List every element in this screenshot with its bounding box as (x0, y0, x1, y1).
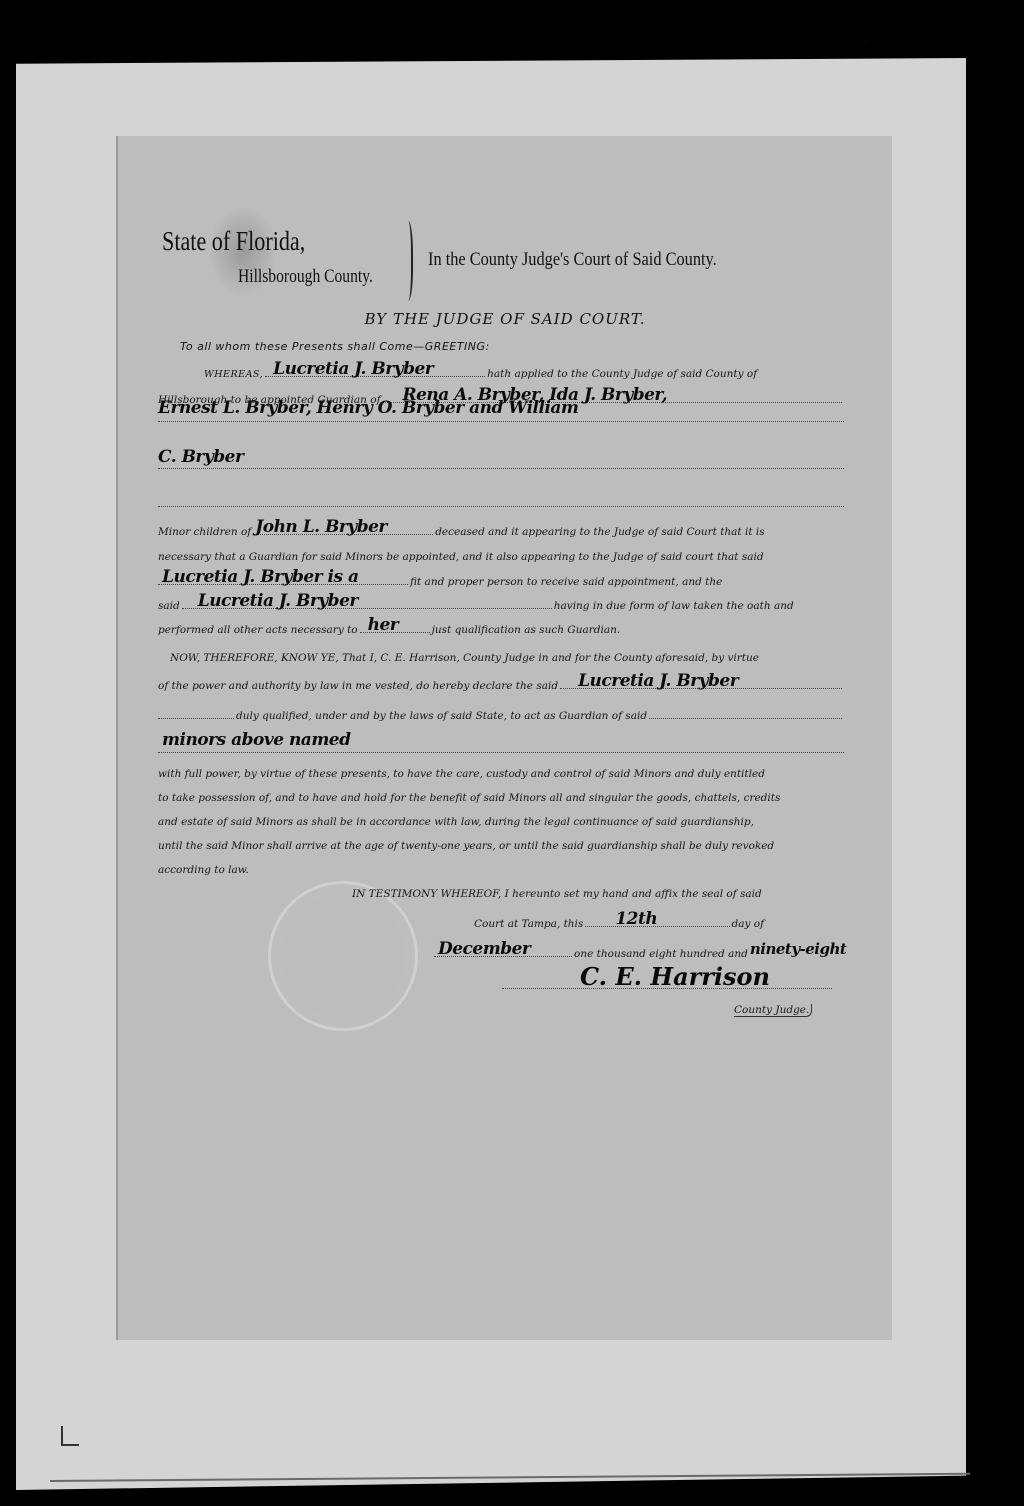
corner-mark (61, 1426, 79, 1446)
body-line-5: according to law. (158, 864, 844, 876)
guardianship-letter: State of Florida, Hillsborough County. I… (116, 136, 892, 1340)
minor-tail: deceased and it appearing to the Judge o… (435, 526, 764, 538)
header-state: State of Florida, (162, 226, 305, 257)
whereas-tail: hath applied to the County Judge of said… (487, 368, 757, 380)
header-court: In the County Judge's Court of Said Coun… (428, 249, 717, 271)
dotted-rule (158, 506, 844, 507)
said-line: said Lucretia J. Bryber having in due fo… (158, 594, 844, 612)
handwritten-month: December (438, 939, 530, 959)
minor-children-line: Minor children of John L. Bryber decease… (158, 520, 844, 538)
handwritten-day: 12th (615, 909, 657, 929)
dotted-rule (158, 468, 844, 469)
minor-lead: Minor children of (158, 526, 251, 538)
year-text: one thousand eight hundred and (574, 948, 748, 960)
judge-signature: C. E. Harrison (580, 962, 770, 991)
brace-icon (401, 221, 413, 301)
power-lead: of the power and authority by law in me … (158, 680, 558, 692)
whereas-line: WHEREAS, Lucretia J. Bryber hath applied… (158, 362, 844, 380)
power-line: of the power and authority by law in me … (158, 674, 844, 692)
handwritten-applicant: Lucretia J. Bryber (273, 359, 433, 379)
court-at-tampa-line: Court at Tampa, this 12th day of (474, 912, 764, 930)
greeting: To all whom these Presents shall Come—GR… (180, 340, 490, 353)
handwritten-year: ninety-eight (750, 940, 847, 958)
day-tail: day of (732, 918, 764, 930)
performed-lead: performed all other acts necessary to (158, 624, 358, 636)
handwritten-deceased: John L. Bryber (255, 517, 387, 537)
handwritten-said: Lucretia J. Bryber (198, 591, 358, 611)
qualified-line: duly qualified, under and by the laws of… (158, 704, 844, 722)
fit-tail: fit and proper person to receive said ap… (410, 576, 722, 588)
by-judge-heading: BY THE JUDGE OF SAID COURT. (118, 310, 892, 328)
dust-specks: ·˙ (860, 40, 868, 51)
testimony-line: IN TESTIMONY WHEREOF, I hereunto set my … (352, 888, 762, 900)
whereas-label: WHEREAS, (158, 369, 263, 380)
handwritten-fit: Lucretia J. Bryber is a (162, 567, 358, 587)
performed-line: performed all other acts necessary to he… (158, 618, 844, 636)
now-therefore-line: NOW, THEREFORE, KNOW YE, That I, C. E. H… (158, 652, 844, 664)
fit-line: Lucretia J. Bryber is a fit and proper p… (158, 570, 844, 588)
header-county: Hillsborough County. (238, 266, 373, 288)
court-lead: Court at Tampa, this (474, 918, 583, 930)
performed-tail: just qualification as such Guardian. (432, 624, 621, 636)
necessary-line: necessary that a Guardian for said Minor… (158, 551, 844, 563)
handwritten-pronoun: her (368, 615, 399, 635)
said-label: said (158, 600, 180, 612)
body-line-1: with full power, by virtue of these pres… (158, 768, 844, 780)
handwritten-declared: Lucretia J. Bryber (578, 671, 738, 691)
county-judge-label: County Judge. (734, 1004, 812, 1017)
body-line-3: and estate of said Minors as shall be in… (158, 816, 844, 828)
said-tail: having in due form of law taken the oath… (554, 600, 794, 612)
qualified-text: duly qualified, under and by the laws of… (236, 710, 647, 722)
body-line-4: until the said Minor shall arrive at the… (158, 840, 844, 852)
date-line: December one thousand eight hundred and … (434, 942, 904, 960)
body-line-2: to take possession of, and to have and h… (158, 792, 844, 804)
